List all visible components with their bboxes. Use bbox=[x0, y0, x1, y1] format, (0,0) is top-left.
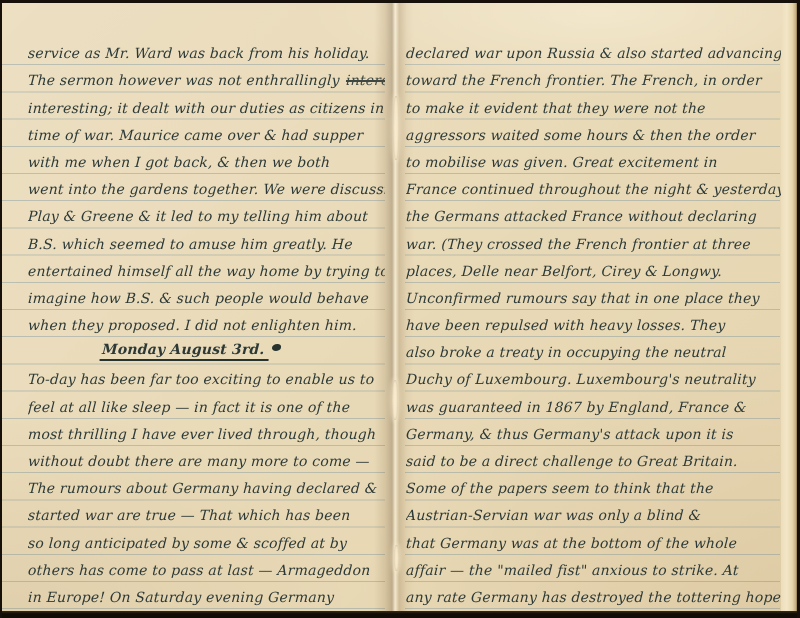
manuscript-line-text: went into the gardens together. We were … bbox=[28, 182, 385, 198]
manuscript-line: The sermon however was not enthrallingly… bbox=[28, 65, 385, 92]
manuscript-line: was guaranteed in 1867 by England, Franc… bbox=[406, 391, 794, 418]
manuscript-line-text: war. (They crossed the French frontier a… bbox=[406, 237, 751, 253]
manuscript-line: affair — the "mailed fist" anxious to st… bbox=[406, 555, 794, 582]
manuscript-line: went into the gardens together. We were … bbox=[28, 174, 385, 201]
manuscript-line: started war are true — That which has be… bbox=[28, 500, 385, 527]
manuscript-line-text: so long anticipated by some & scoffed at… bbox=[28, 536, 348, 552]
manuscript-line: imagine how B.S. & such people would beh… bbox=[28, 283, 385, 310]
manuscript-line-text: without doubt there are many more to com… bbox=[28, 454, 370, 470]
manuscript-line: Monday August 3rd. bbox=[28, 337, 385, 364]
manuscript-line: others has come to pass at last — Armage… bbox=[28, 555, 385, 582]
manuscript-line: Play & Greene & it led to my telling him… bbox=[28, 201, 385, 228]
manuscript-line: Germany, & thus Germany's attack upon it… bbox=[406, 419, 794, 446]
manuscript-line-text: aggressors waited some hours & then the … bbox=[406, 128, 756, 144]
manuscript-line-text: to mobilise was given. Great excitement … bbox=[406, 155, 718, 171]
manuscript-line: France continued throughout the night & … bbox=[406, 174, 794, 201]
manuscript-line-text: time of war. Maurice came over & had sup… bbox=[28, 128, 364, 144]
manuscript-line: to make it evident that they were not th… bbox=[406, 92, 794, 119]
manuscript-line-text: was guaranteed in 1867 by England, Franc… bbox=[406, 400, 747, 416]
manuscript-line-text: that Germany was at the bottom of the wh… bbox=[406, 536, 737, 552]
manuscript-line: To-day has been far too exciting to enab… bbox=[28, 364, 385, 391]
manuscript-line-text: have been repulsed with heavy losses. Th… bbox=[406, 318, 726, 334]
manuscript-line: time of war. Maurice came over & had sup… bbox=[28, 120, 385, 147]
manuscript-line-text: service as Mr. Ward was back from his ho… bbox=[28, 46, 370, 62]
manuscript-line: Austrian-Servian war was only a blind & bbox=[406, 500, 794, 527]
manuscript-line-text: feel at all like sleep — in fact it is o… bbox=[28, 400, 351, 416]
manuscript-line: without doubt there are many more to com… bbox=[28, 446, 385, 473]
manuscript-line-text: declared war upon Russia & also started … bbox=[406, 46, 783, 62]
manuscript-line-text: the Germans attacked France without decl… bbox=[406, 209, 757, 225]
manuscript-line-text: to make it evident that they were not th… bbox=[406, 101, 706, 117]
manuscript-line-text: Austrian-Servian war was only a blind & bbox=[406, 508, 702, 524]
manuscript-line-text: imagine how B.S. & such people would beh… bbox=[28, 291, 369, 307]
manuscript-line-text: started war are true — That which has be… bbox=[28, 508, 351, 524]
manuscript-line: in Europe! On Saturday evening Germany bbox=[28, 582, 385, 609]
manuscript-line: have been repulsed with heavy losses. Th… bbox=[406, 310, 794, 337]
left-page-text: service as Mr. Ward was back from his ho… bbox=[28, 38, 385, 609]
manuscript-line-text: in Europe! On Saturday evening Germany bbox=[28, 590, 335, 606]
manuscript-line-text: The rumours about Germany having declare… bbox=[28, 481, 378, 497]
manuscript-line: entertained himself all the way home by … bbox=[28, 256, 385, 283]
manuscript-line-text: Unconfirmed rumours say that in one plac… bbox=[406, 291, 760, 307]
manuscript-line: that Germany was at the bottom of the wh… bbox=[406, 527, 794, 554]
manuscript-line-text: places, Delle near Belfort, Cirey & Long… bbox=[406, 264, 723, 280]
manuscript-line-text: Some of the papers seem to think that th… bbox=[406, 481, 714, 497]
scan-border-top bbox=[0, 0, 800, 3]
manuscript-line: toward the French frontier. The French, … bbox=[406, 65, 794, 92]
manuscript-line: Unconfirmed rumours say that in one plac… bbox=[406, 283, 794, 310]
manuscript-line-text: Germany, & thus Germany's attack upon it… bbox=[406, 427, 734, 443]
manuscript-line: said to be a direct challenge to Great B… bbox=[406, 446, 794, 473]
crease-damage-mark bbox=[394, 545, 399, 571]
manuscript-line: also broke a treaty in occupying the neu… bbox=[406, 337, 794, 364]
ink-blot bbox=[271, 344, 280, 351]
crease-damage-mark bbox=[392, 380, 398, 420]
right-page-text: declared war upon Russia & also started … bbox=[406, 38, 794, 609]
manuscript-line: feel at all like sleep — in fact it is o… bbox=[28, 391, 385, 418]
manuscript-line: the Germans attacked France without decl… bbox=[406, 201, 794, 228]
manuscript-line-text: with me when I got back, & then we both bbox=[28, 155, 331, 171]
manuscript-line: when they proposed. I did not enlighten … bbox=[28, 310, 385, 337]
manuscript-line: places, Delle near Belfort, Cirey & Long… bbox=[406, 256, 794, 283]
manuscript-line: declared war upon Russia & also started … bbox=[406, 38, 794, 65]
scan-border-left bbox=[0, 0, 2, 618]
manuscript-line-text: others has come to pass at last — Armage… bbox=[28, 563, 371, 579]
crease-damage-mark bbox=[393, 96, 399, 160]
manuscript-line: Some of the papers seem to think that th… bbox=[406, 473, 794, 500]
manuscript-line: B.S. which seemed to amuse him greatly. … bbox=[28, 228, 385, 255]
manuscript-line: The rumours about Germany having declare… bbox=[28, 473, 385, 500]
manuscript-line-text: interesting; it dealt with our duties as… bbox=[28, 101, 385, 117]
manuscript-line-text: The sermon however was not enthrallingly bbox=[28, 73, 340, 89]
manuscript-line-text: B.S. which seemed to amuse him greatly. … bbox=[28, 237, 353, 253]
manuscript-line-text: entertained himself all the way home by … bbox=[28, 264, 385, 280]
manuscript-line: any rate Germany has destroyed the totte… bbox=[406, 582, 794, 609]
manuscript-line: Duchy of Luxembourg. Luxembourg's neutra… bbox=[406, 364, 794, 391]
manuscript-line-text: any rate Germany has destroyed the totte… bbox=[406, 590, 789, 606]
manuscript-line: interesting; it dealt with our duties as… bbox=[28, 92, 385, 119]
manuscript-line-text: when they proposed. I did not enlighten … bbox=[28, 318, 357, 334]
manuscript-line: to mobilise was given. Great excitement … bbox=[406, 147, 794, 174]
manuscript-line-text: To-day has been far too exciting to enab… bbox=[28, 372, 375, 388]
manuscript-line: service as Mr. Ward was back from his ho… bbox=[28, 38, 385, 65]
stacked-page-edges bbox=[781, 3, 797, 611]
manuscript-line-text: Duchy of Luxembourg. Luxembourg's neutra… bbox=[406, 372, 756, 388]
manuscript-line-text: also broke a treaty in occupying the neu… bbox=[406, 345, 727, 361]
diary-scan: service as Mr. Ward was back from his ho… bbox=[0, 0, 800, 618]
manuscript-line: most thrilling I have ever lived through… bbox=[28, 419, 385, 446]
center-fold-gutter bbox=[374, 0, 414, 618]
manuscript-line-text: affair — the "mailed fist" anxious to st… bbox=[406, 563, 739, 579]
manuscript-line-text: most thrilling I have ever lived through… bbox=[28, 427, 377, 443]
manuscript-line: aggressors waited some hours & then the … bbox=[406, 120, 794, 147]
scan-border-bottom bbox=[0, 611, 800, 618]
entry-date-heading: Monday August 3rd. bbox=[100, 342, 269, 361]
manuscript-line-text: toward the French frontier. The French, … bbox=[406, 73, 762, 89]
manuscript-line: war. (They crossed the French frontier a… bbox=[406, 228, 794, 255]
manuscript-line: with me when I got back, & then we both bbox=[28, 147, 385, 174]
manuscript-line-text: Play & Greene & it led to my telling him… bbox=[28, 209, 368, 225]
manuscript-line-text: said to be a direct challenge to Great B… bbox=[406, 454, 738, 470]
manuscript-line: so long anticipated by some & scoffed at… bbox=[28, 527, 385, 554]
manuscript-line-text: France continued throughout the night & … bbox=[406, 182, 785, 198]
